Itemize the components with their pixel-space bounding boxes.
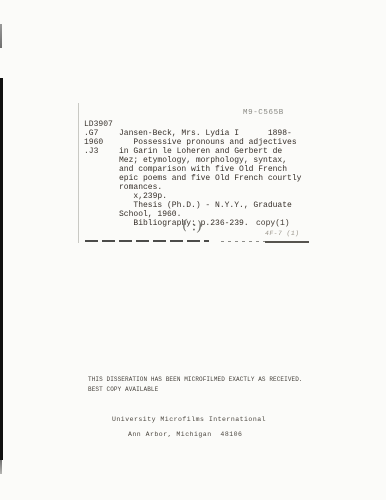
card-body-line: Jansen-Beck, Mrs. Lydia I 1898- <box>119 129 292 138</box>
card-bottom-edge-dots <box>221 241 265 242</box>
card-body-line: Thesis (Ph.D.) - N.Y.Y., Graduate <box>119 201 292 210</box>
card-bottom-underline <box>265 241 309 243</box>
call-number-line: LD3907 <box>84 120 113 129</box>
card-body-line: School, 1960. <box>119 210 181 219</box>
card-body-line: Mez; etymology, morphology, syntax, <box>119 156 287 165</box>
pencil-mark: ( :) <box>181 217 203 235</box>
film-edge-strip <box>0 78 3 460</box>
stamp-code: M9-C565B <box>243 109 284 117</box>
film-edge-smudge <box>0 24 2 48</box>
call-number-line: .G7 <box>84 129 98 138</box>
card-body-line: epic poems and five Old French courtly <box>119 174 301 183</box>
microfilm-notice-line1: THIS DISSERATION HAS BEEN MICROFILMED EX… <box>88 375 303 384</box>
microfilm-notice-line2: BEST COPY AVAILABLE <box>88 385 158 394</box>
card-body-line: x,239p. <box>119 192 167 201</box>
faint-code-note: 4F-7 (1) <box>265 230 300 237</box>
film-edge-tail <box>0 460 2 474</box>
card-body-line: Possessive pronouns and adjectives <box>119 138 297 147</box>
call-number-line: 1960 <box>84 138 103 147</box>
card-left-edge <box>78 103 79 243</box>
copy-annotation: copy(1) <box>256 219 290 228</box>
card-bottom-edge-dashes <box>85 240 209 242</box>
card-body-line: romances. <box>119 183 162 192</box>
card-body-line: in Garin le Loheren and Gerbert de <box>119 147 282 156</box>
call-number-line: .J3 <box>84 147 98 156</box>
imprint-address: Ann Arbor, Michigan 48106 <box>128 431 242 438</box>
imprint-name: University Microfilms International <box>112 416 266 423</box>
card-body-line: and comparison with five Old French <box>119 165 287 174</box>
